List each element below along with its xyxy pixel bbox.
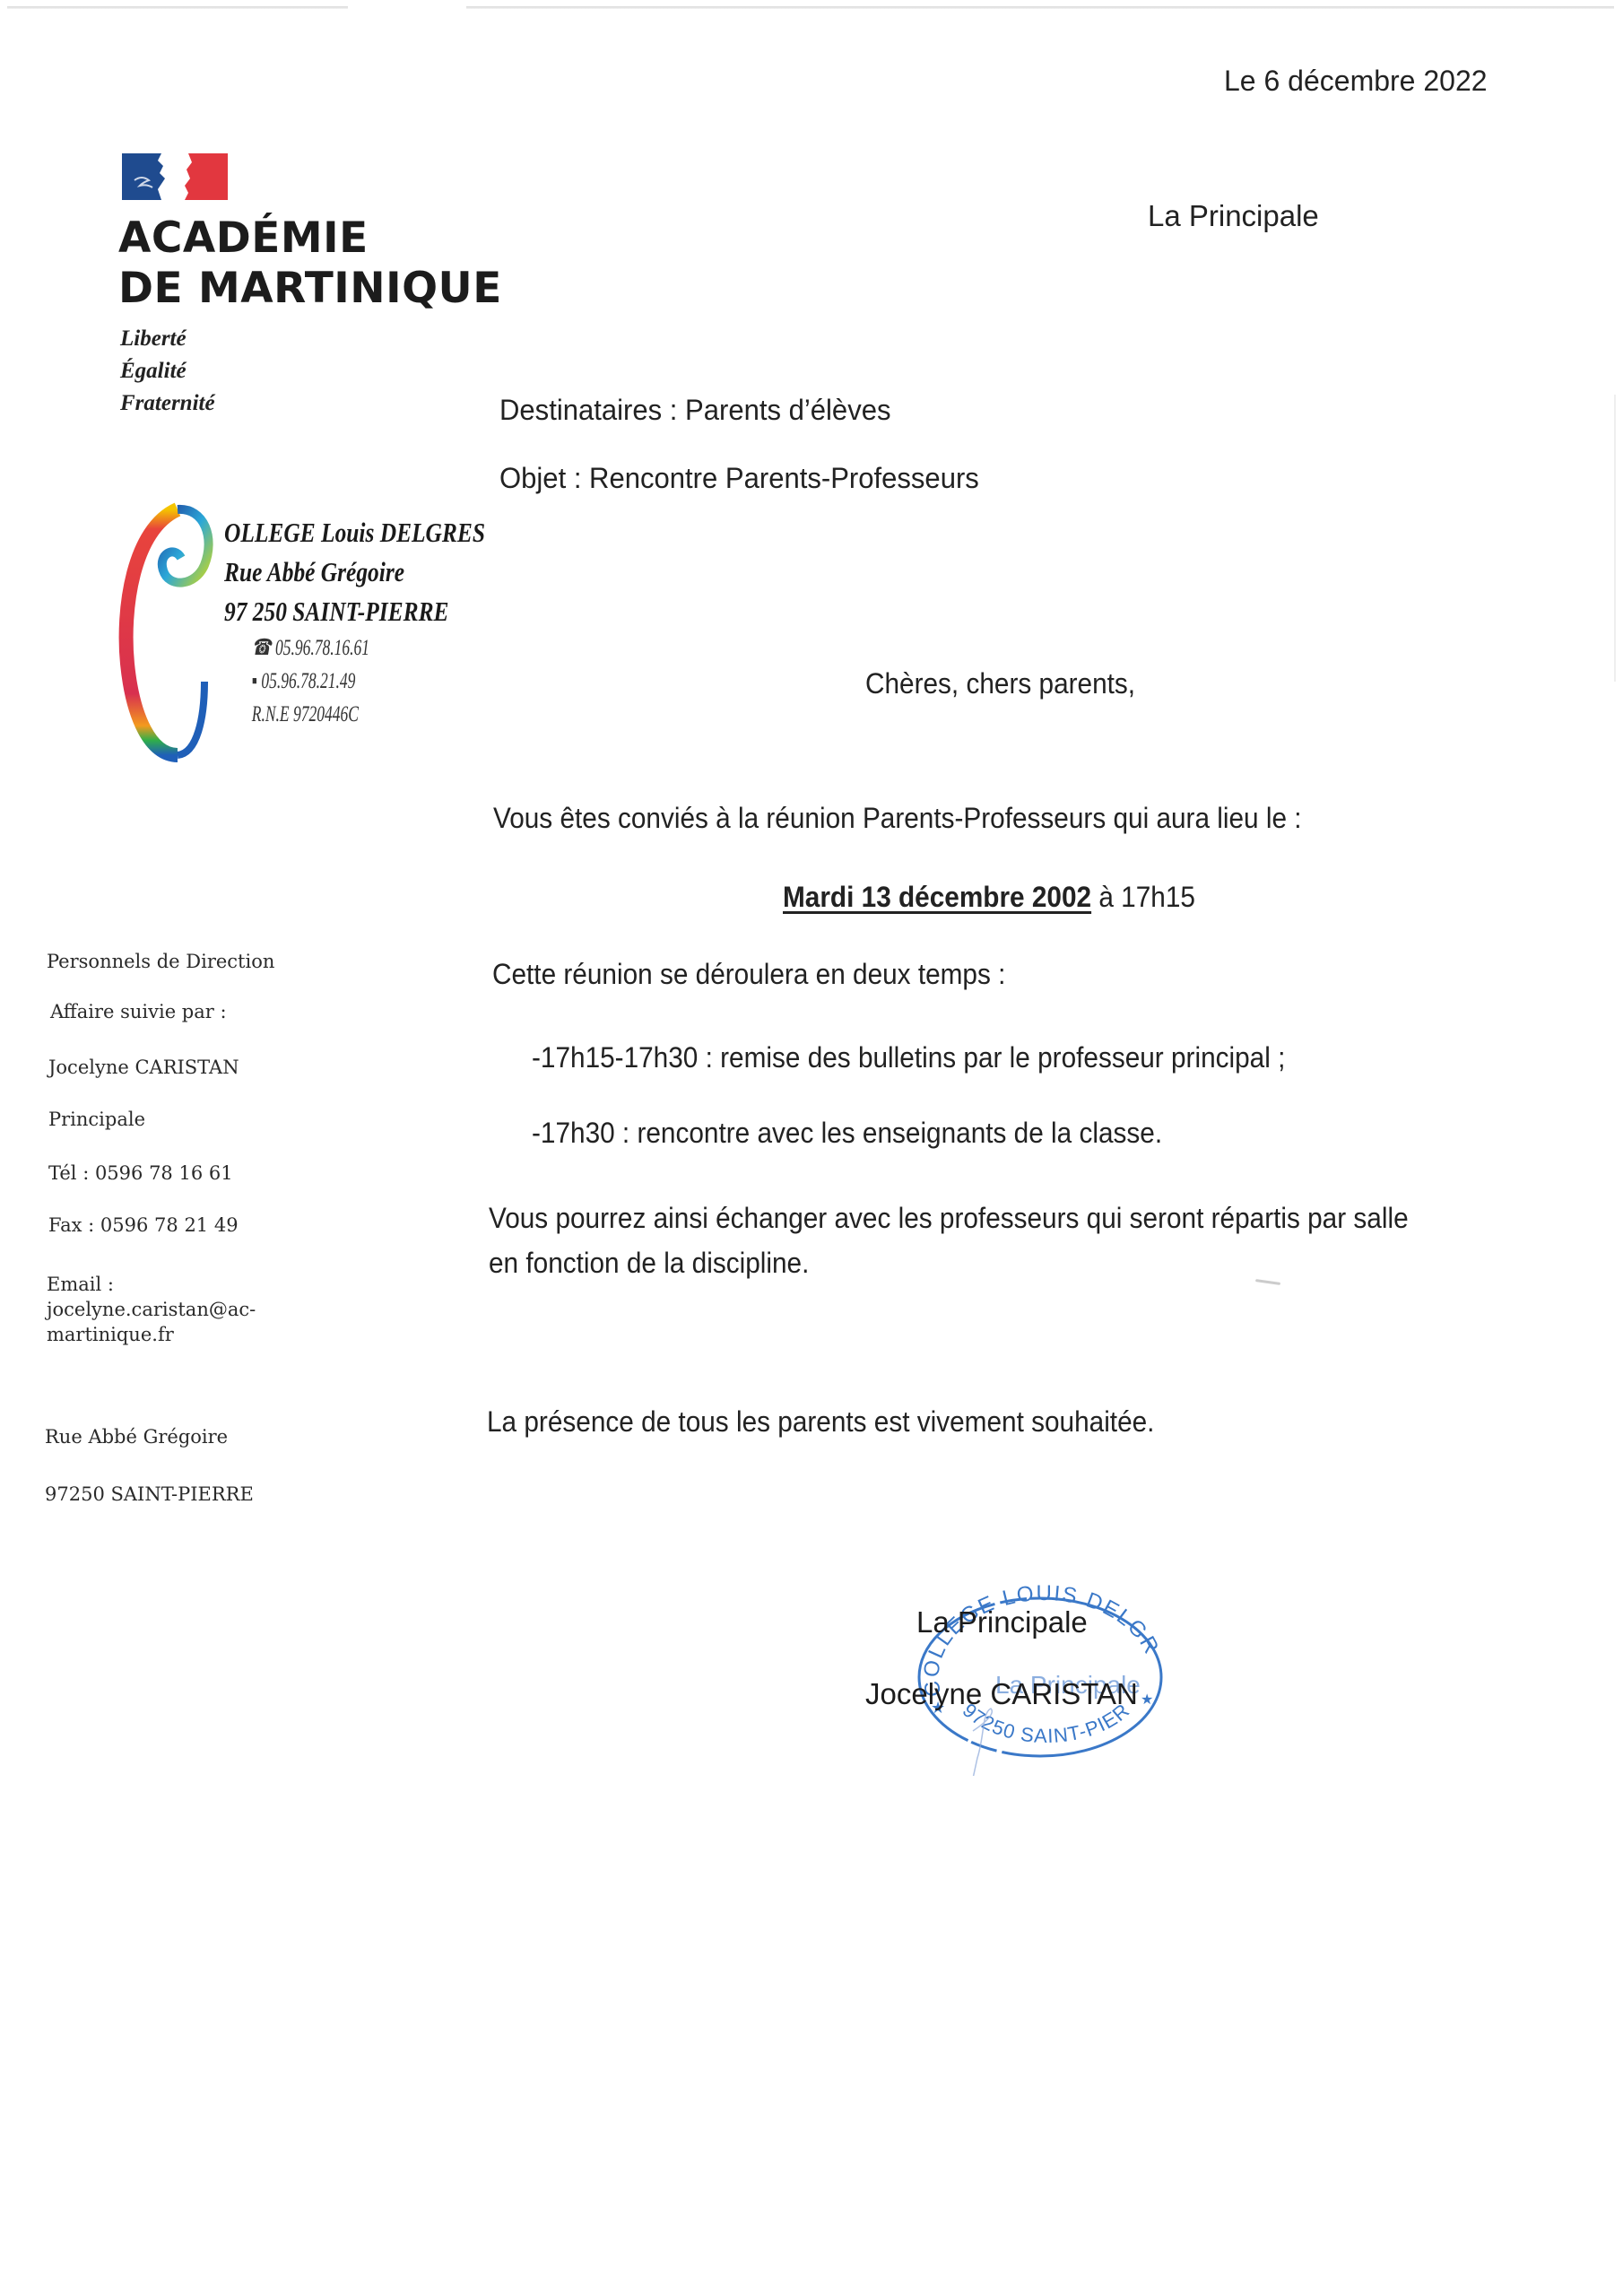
email-label: Email : bbox=[47, 1272, 256, 1297]
college-phone: ☎ 05.96.78.16.61 bbox=[224, 631, 447, 665]
college-rainbow-c-icon bbox=[115, 502, 222, 762]
sidebar-followed-by: Affaire suivie par : bbox=[50, 1001, 227, 1022]
svg-text:★: ★ bbox=[1141, 1692, 1153, 1708]
signature-name: Jocelyne CARISTAN bbox=[865, 1677, 1138, 1711]
sidebar-department: Personnels de Direction bbox=[47, 951, 274, 972]
fax-icon: ▪ bbox=[252, 669, 262, 693]
college-city: 97 250 SAINT-PIERRE bbox=[224, 592, 485, 631]
letter-date: Le 6 décembre 2022 bbox=[1224, 65, 1488, 98]
info-paragraph-line-1: Vous pourrez ainsi échanger avec les pro… bbox=[489, 1202, 1409, 1235]
college-street: Rue Abbé Grégoire bbox=[224, 552, 485, 592]
motto-egalite: Égalité bbox=[120, 355, 215, 387]
email-address-line-1[interactable]: jocelyne.caristan@ac- bbox=[47, 1297, 256, 1322]
telephone-icon: ☎ bbox=[252, 636, 275, 660]
college-fax-number: 05.96.78.21.49 bbox=[261, 669, 355, 693]
scan-speck bbox=[1255, 1279, 1280, 1285]
sidebar-email: Email : jocelyne.caristan@ac- martinique… bbox=[47, 1272, 256, 1347]
schedule-item: -17h15-17h30 : remise des bulletins par … bbox=[532, 1041, 1285, 1074]
academy-title: ACADÉMIE DE MARTINIQUE bbox=[118, 213, 502, 314]
meeting-date: Mardi 13 décembre 2002 bbox=[783, 881, 1091, 913]
sender-role: La Principale bbox=[1148, 199, 1319, 233]
scan-edge-line bbox=[466, 6, 1614, 9]
meeting-datetime: Mardi 13 décembre 2002 à 17h15 bbox=[783, 881, 1195, 914]
college-phone-number: 05.96.78.16.61 bbox=[275, 636, 369, 660]
sidebar-street: Rue Abbé Grégoire bbox=[45, 1426, 228, 1448]
schedule-item: -17h30 : rencontre avec les enseignants … bbox=[532, 1117, 1162, 1150]
salutation: Chères, chers parents, bbox=[865, 667, 1135, 700]
scan-edge-line bbox=[7, 6, 348, 9]
closing-line: La présence de tous les parents est vive… bbox=[487, 1405, 1154, 1439]
college-rne: R.N.E 9720446C bbox=[224, 698, 447, 731]
recipients-line: Destinataires : Parents d’élèves bbox=[499, 394, 891, 427]
sidebar-contact-role: Principale bbox=[48, 1109, 145, 1130]
scan-edge-line bbox=[1614, 395, 1616, 682]
motto-fraternite: Fraternité bbox=[120, 387, 215, 420]
college-letterhead: OLLEGE Louis DELGRES Rue Abbé Grégoire 9… bbox=[224, 513, 542, 731]
academy-line-1: ACADÉMIE bbox=[118, 213, 502, 264]
invite-text: Vous êtes conviés à la réunion Parents-P… bbox=[493, 802, 1302, 835]
email-address-line-2[interactable]: martinique.fr bbox=[47, 1322, 256, 1347]
sidebar-tel: Tél : 0596 78 16 61 bbox=[48, 1162, 233, 1184]
motto-liberte: Liberté bbox=[120, 323, 215, 355]
college-fax: ▪ 05.96.78.21.49 bbox=[224, 665, 447, 698]
college-name: OLLEGE Louis DELGRES bbox=[224, 513, 485, 552]
meeting-time: à 17h15 bbox=[1091, 881, 1195, 913]
marianne-flag-icon bbox=[122, 153, 228, 200]
signature-role: La Principale bbox=[916, 1605, 1088, 1639]
sidebar-city: 97250 SAINT-PIERRE bbox=[45, 1483, 254, 1505]
info-paragraph-line-2: en fonction de la discipline. bbox=[489, 1247, 809, 1280]
academy-line-2: DE MARTINIQUE bbox=[118, 264, 502, 314]
subject-line: Objet : Rencontre Parents-Professeurs bbox=[499, 462, 979, 495]
sidebar-contact-name: Jocelyne CARISTAN bbox=[48, 1057, 239, 1078]
republic-motto: Liberté Égalité Fraternité bbox=[120, 323, 215, 420]
schedule-intro: Cette réunion se déroulera en deux temps… bbox=[492, 958, 1005, 991]
sidebar-fax: Fax : 0596 78 21 49 bbox=[48, 1214, 239, 1236]
